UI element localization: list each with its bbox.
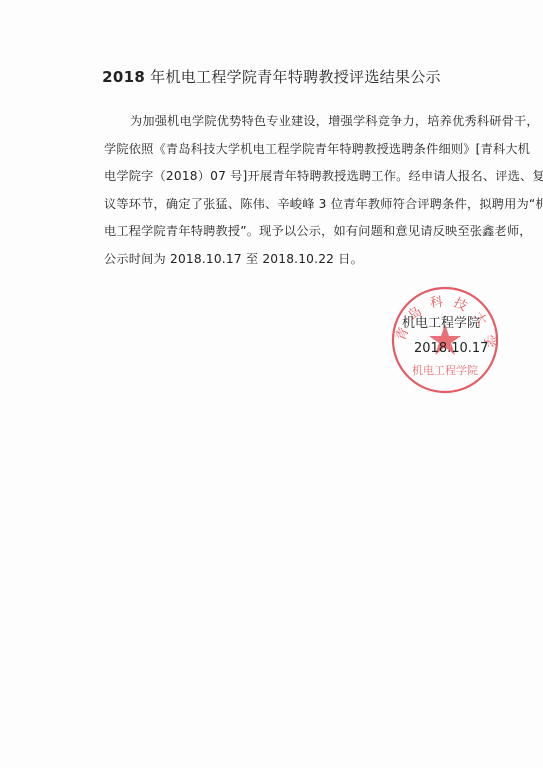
signature-date: 2018.10.17	[414, 341, 488, 356]
document-title: 2018 年机电工程学院青年特聘教授评选结果公示	[0, 66, 543, 87]
announcement-body: 为加强机电学院优势特色专业建设，增强学科竞争力，培养优秀科研骨干， 学院依照《青…	[104, 108, 444, 273]
official-seal-icon: 青岛科技大学 机电工程学院	[389, 284, 501, 396]
body-line-3: 电学院字（2018）07 号]开展青年特聘教授选聘工作。经申请人报名、评选、复	[104, 163, 444, 191]
body-line-5: 电工程学院青年特聘教授”。现予以公示，如有问题和意见请反映至张鑫老师，	[104, 218, 444, 246]
title-year: 2018	[102, 68, 145, 86]
title-text: 年机电工程学院青年特聘教授评选结果公示	[145, 68, 441, 86]
body-line-1: 为加强机电学院优势特色专业建设，增强学科竞争力，培养优秀科研骨干，	[104, 108, 444, 136]
seal-inner-text: 机电工程学院	[412, 363, 478, 377]
body-line-4: 议等环节，确定了张猛、陈伟、辛峻峰 3 位青年教师符合评聘条件，拟聘用为“机	[104, 191, 444, 219]
body-line-2: 学院依照《青岛科技大学机电工程学院青年特聘教授选聘条件细则》[青科大机	[104, 136, 444, 164]
signature: 机电工程学院	[402, 312, 480, 331]
body-line-6: 公示时间为 2018.10.17 至 2018.10.22 日。	[104, 246, 444, 274]
